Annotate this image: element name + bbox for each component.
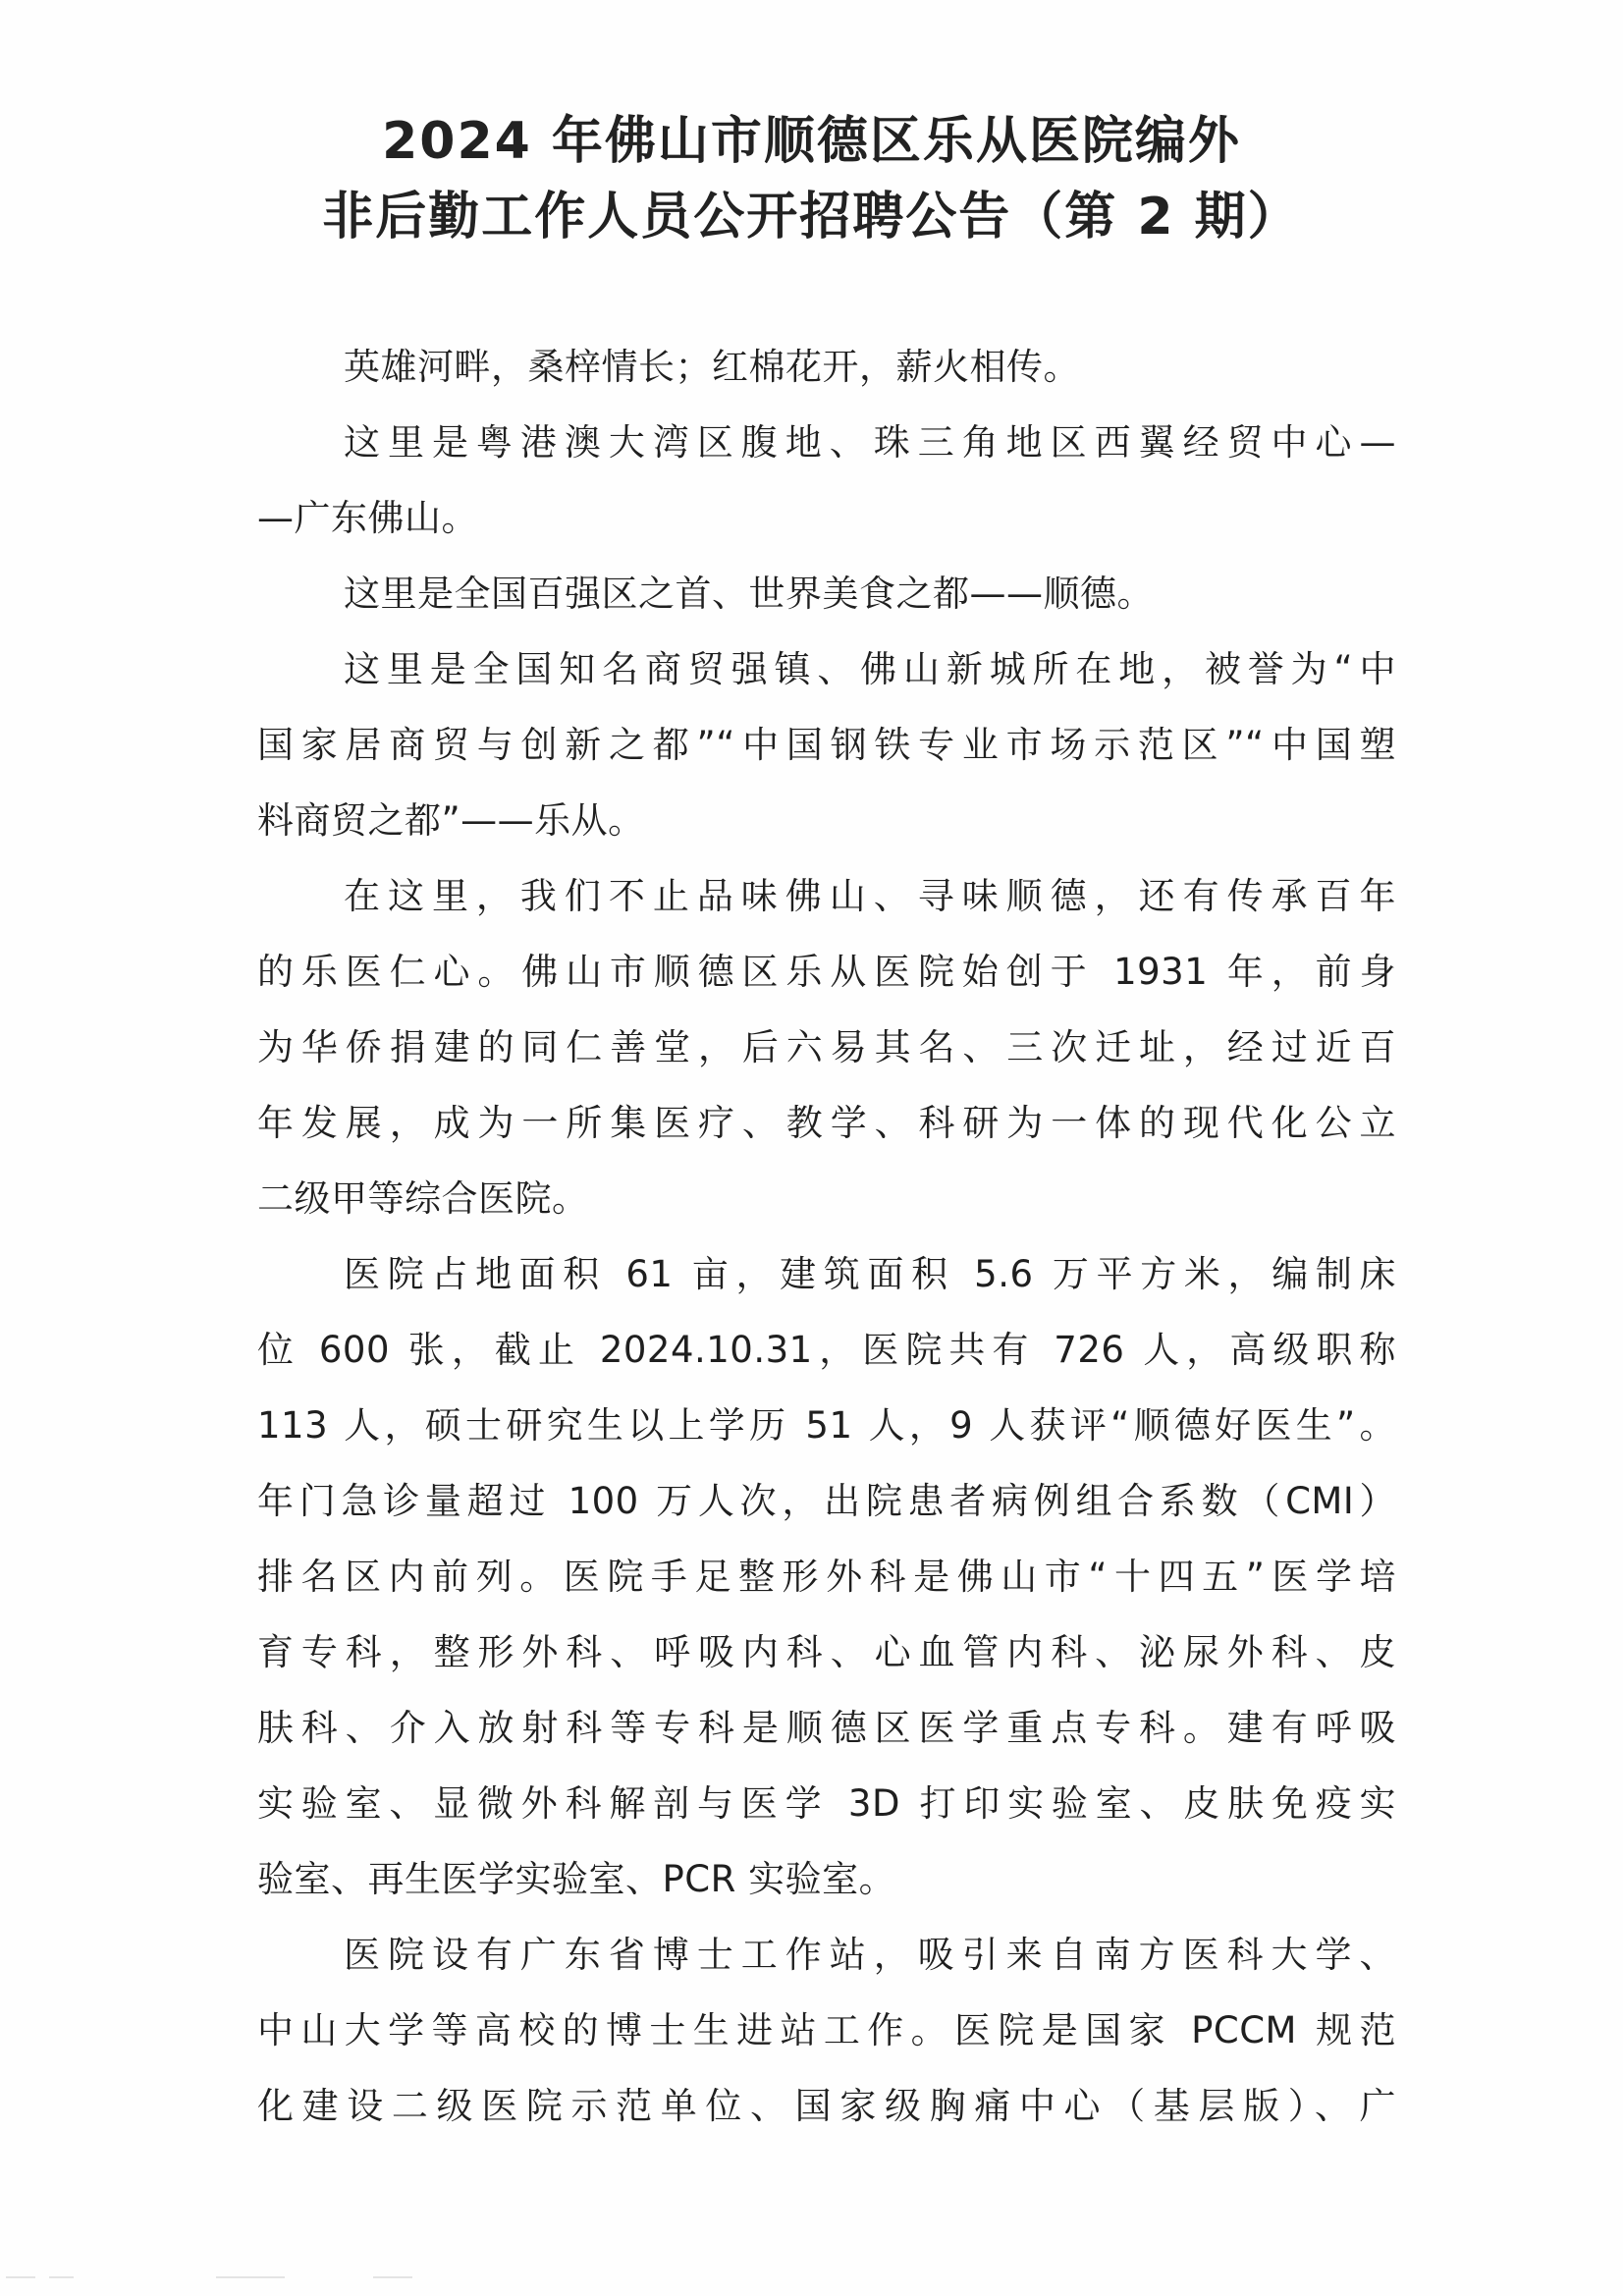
document-title-line-2: 非后勤工作人员公开招聘公告（第 2 期）: [0, 191, 1623, 243]
body-line: 排名区内前列。医院手足整形外科是佛山市“十四五”医学培: [257, 1556, 1396, 1631]
body-line: 这里是全国知名商贸强镇、佛山新城所在地，被誉为“中: [257, 648, 1396, 724]
body-line: 验室、再生医学实验室、PCR 实验室。: [257, 1858, 1396, 1934]
body-line: 料商贸之都”——乐从。: [257, 799, 1396, 875]
body-line: 年门急诊量超过 100 万人次，出院患者病例组合系数（CMI）: [257, 1480, 1396, 1556]
body-line: 这里是粤港澳大湾区腹地、珠三角地区西翼经贸中心—: [257, 421, 1396, 497]
scan-artifact: [216, 2276, 285, 2278]
body-line: 医院占地面积 61 亩，建筑面积 5.6 万平方米，编制床: [257, 1253, 1396, 1329]
body-line: 位 600 张，截止 2024.10.31，医院共有 726 人，高级职称: [257, 1329, 1396, 1404]
body-line: —广东佛山。: [257, 497, 1396, 573]
body-line: 英雄河畔，桑梓情长；红棉花开，薪火相传。: [257, 346, 1396, 421]
body-line: 肤科、介入放射科等专科是顺德区医学重点专科。建有呼吸: [257, 1707, 1396, 1782]
body-line: 医院设有广东省博士工作站，吸引来自南方医科大学、: [257, 1934, 1396, 2009]
document-body: 英雄河畔，桑梓情长；红棉花开，薪火相传。 这里是粤港澳大湾区腹地、珠三角地区西翼…: [257, 346, 1396, 2160]
document-title-line-1: 2024 年佛山市顺德区乐从医院编外: [0, 116, 1623, 167]
body-line: 中山大学等高校的博士生进站工作。医院是国家 PCCM 规范: [257, 2009, 1396, 2085]
body-line: 实验室、显微外科解剖与医学 3D 打印实验室、皮肤免疫实: [257, 1782, 1396, 1858]
body-line: 二级甲等综合医院。: [257, 1177, 1396, 1253]
scan-artifact: [49, 2276, 74, 2278]
body-line: 113 人，硕士研究生以上学历 51 人，9 人获评“顺德好医生”。: [257, 1404, 1396, 1480]
body-line: 化建设二级医院示范单位、国家级胸痛中心（基层版）、广: [257, 2085, 1396, 2160]
body-line: 育专科，整形外科、呼吸内科、心血管内科、泌尿外科、皮: [257, 1631, 1396, 1707]
scan-artifact: [373, 2276, 412, 2278]
body-line: 为华侨捐建的同仁善堂，后六易其名、三次迁址，经过近百: [257, 1026, 1396, 1102]
body-line: 的乐医仁心。佛山市顺德区乐从医院始创于 1931 年，前身: [257, 951, 1396, 1026]
body-line: 年发展，成为一所集医疗、教学、科研为一体的现代化公立: [257, 1102, 1396, 1177]
scan-artifact: [6, 2276, 35, 2278]
body-line: 在这里，我们不止品味佛山、寻味顺德，还有传承百年: [257, 875, 1396, 951]
document-page: 2024 年佛山市顺德区乐从医院编外 非后勤工作人员公开招聘公告（第 2 期） …: [0, 0, 1623, 2296]
body-line: 这里是全国百强区之首、世界美食之都——顺德。: [257, 573, 1396, 648]
body-line: 国家居商贸与创新之都”“中国钢铁专业市场示范区”“中国塑: [257, 724, 1396, 799]
